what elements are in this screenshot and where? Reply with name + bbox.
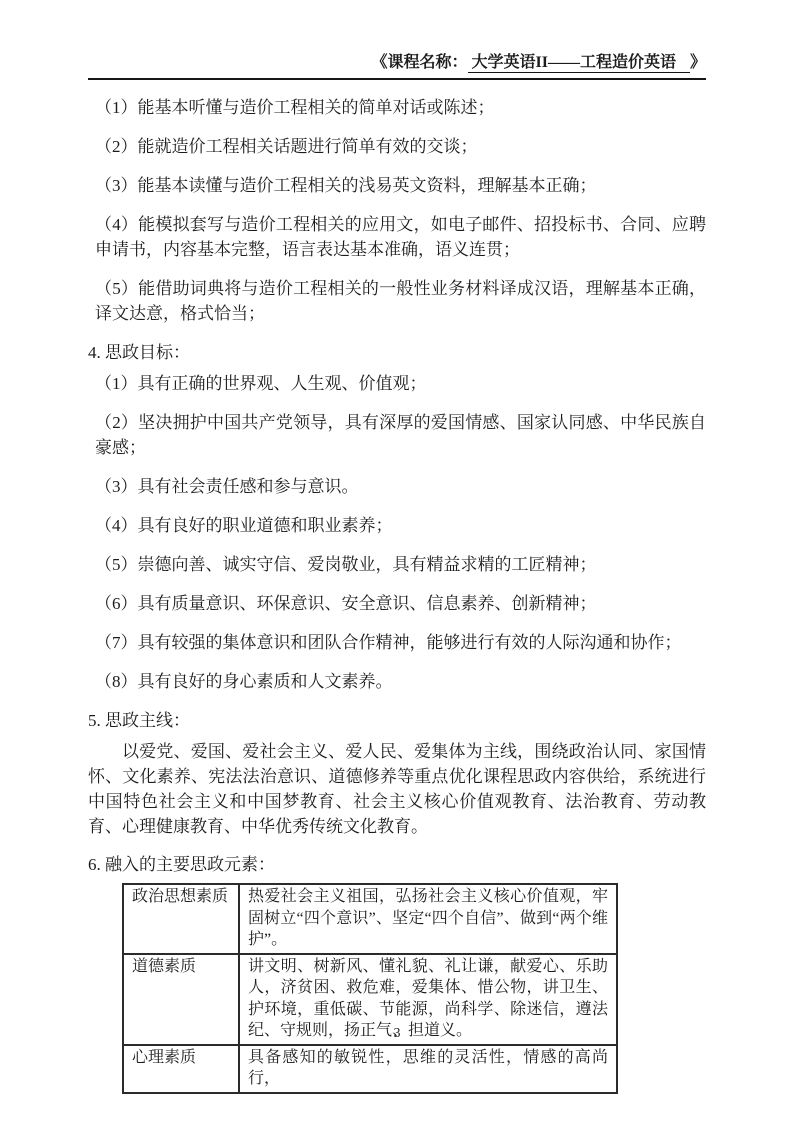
ideology-objective-item: （6）具有质量意识、环保意识、安全意识、信息素养、创新精神； xyxy=(88,591,706,616)
page-header: 《课程名称：大学英语II——工程造价英语》 xyxy=(88,52,706,80)
table-cell-content: 具备感知的敏锐性，思维的灵活性，情感的高尚行， xyxy=(239,1045,617,1093)
skill-objective-item: （2）能就造价工程相关话题进行简单有效的交谈； xyxy=(88,134,706,159)
document-body: （1）能基本听懂与造价工程相关的简单对话或陈述； （2）能就造价工程相关话题进行… xyxy=(88,95,706,1094)
header-course-name: 大学英语II——工程造价英语 xyxy=(468,54,690,73)
ideology-objective-item: （8）具有良好的身心素质和人文素养。 xyxy=(88,669,706,694)
table-cell-label: 心理素质 xyxy=(123,1045,239,1093)
page-number: 3 xyxy=(0,1026,794,1042)
ideology-objective-item: （1）具有正确的世界观、人生观、价值观； xyxy=(88,371,706,396)
skill-objective-item: （4）能模拟套写与造价工程相关的应用文，如电子邮件、招投标书、合同、应聘申请书，… xyxy=(88,212,706,262)
document-page: 《课程名称：大学英语II——工程造价英语》 （1）能基本听懂与造价工程相关的简单… xyxy=(0,0,794,1123)
skill-objective-item: （5）能借助词典将与造价工程相关的一般性业务材料译成汉语，理解基本正确，译文达意… xyxy=(88,276,706,326)
ideology-objective-item: （7）具有较强的集体意识和团队合作精神，能够进行有效的人际沟通和协作； xyxy=(88,630,706,655)
table-row-psychological: 心理素质 具备感知的敏锐性，思维的灵活性，情感的高尚行， xyxy=(123,1045,617,1093)
ideology-elements-table: 政治思想素质 热爱社会主义祖国，弘扬社会主义核心价值观，牢固树立“四个意识”、坚… xyxy=(122,883,618,1094)
section5-paragraph: 以爱党、爱国、爱社会主义、爱人民、爱集体为主线，围绕政治认同、家国情怀、文化素养… xyxy=(88,739,706,839)
ideology-objective-item: （4）具有良好的职业道德和职业素养； xyxy=(88,513,706,538)
ideology-objective-item: （5）崇德向善、诚实守信、爱岗敬业，具有精益求精的工匠精神； xyxy=(88,552,706,577)
section5-heading: 5. 思政主线： xyxy=(88,708,706,733)
skill-objective-item: （1）能基本听懂与造价工程相关的简单对话或陈述； xyxy=(88,95,706,120)
table-cell-label: 政治思想素质 xyxy=(123,884,239,954)
section6-heading: 6. 融入的主要思政元素： xyxy=(88,852,706,877)
table-cell-content: 热爱社会主义祖国，弘扬社会主义核心价值观，牢固树立“四个意识”、坚定“四个自信”… xyxy=(239,884,617,954)
section4-heading: 4. 思政目标： xyxy=(88,340,706,365)
header-suffix: 》 xyxy=(690,54,706,71)
skill-objective-item: （3）能基本读懂与造价工程相关的浅易英文资料，理解基本正确； xyxy=(88,173,706,198)
ideology-objective-item: （2）坚决拥护中国共产党领导，具有深厚的爱国情感、国家认同感、中华民族自豪感； xyxy=(88,410,706,460)
header-prefix: 《课程名称： xyxy=(372,54,468,71)
ideology-objective-item: （3）具有社会责任感和参与意识。 xyxy=(88,474,706,499)
table-row-political: 政治思想素质 热爱社会主义祖国，弘扬社会主义核心价值观，牢固树立“四个意识”、坚… xyxy=(123,884,617,954)
